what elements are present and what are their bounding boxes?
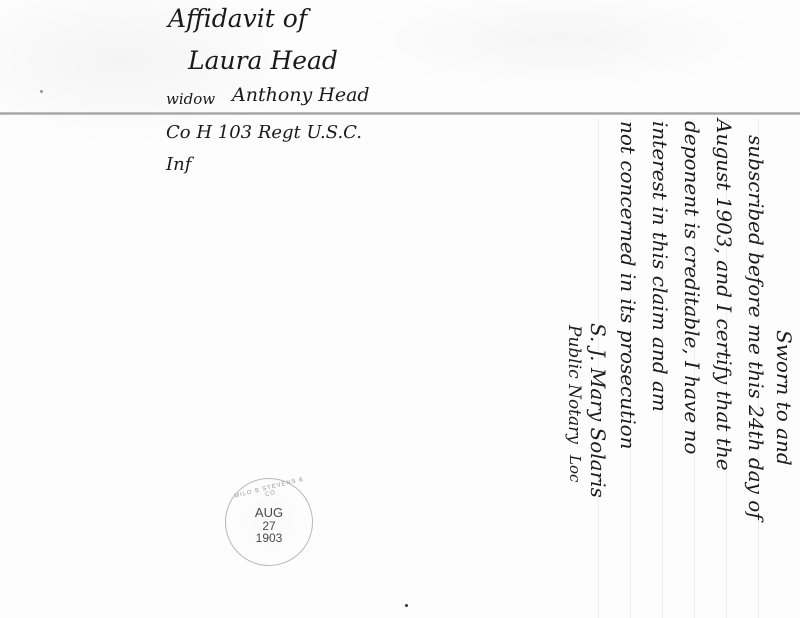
docket-claimant-name: Laura Head [188,46,338,75]
docket-title: Affidavit of [168,4,307,33]
received-date-stamp: MILO B STEVENS & CO AUG 27 1903 [225,478,313,566]
stamp-year: 1903 [226,531,312,545]
docket-soldier-name: Anthony Head [232,84,370,106]
docket-widow-label: widow [166,90,215,108]
jurat-line: deponent is creditable, I have no [680,121,704,454]
jurat-line: interest in this claim and am [648,121,672,412]
jurat-line: subscribed before me this 24th day of [744,135,768,520]
notary-signature: S. J. Mary Solaris [586,323,610,498]
scan-speck [405,604,408,607]
jurat-line: August 1903, and I certify that the [712,119,736,471]
jurat-block: Sworn to and subscribed before me this 2… [560,115,798,615]
scan-speck [40,90,43,93]
docket-regiment: Co H 103 Regt U.S.C. [166,122,362,143]
scanned-document-page: Affidavit of Laura Head widow Anthony He… [0,0,800,618]
jurat-line: not concerned in its prosecution [616,121,640,450]
notary-location: Loc [566,455,584,482]
docket-branch: Inf [166,154,191,175]
notary-title: Public Notary [564,325,584,444]
stamp-ring-text: MILO B STEVENS & CO [234,476,307,505]
stamp-month: AUG [226,505,312,520]
jurat-line: Sworn to and [772,330,796,466]
jurat-rotated-text: Sworn to and subscribed before me this 2… [560,115,798,615]
